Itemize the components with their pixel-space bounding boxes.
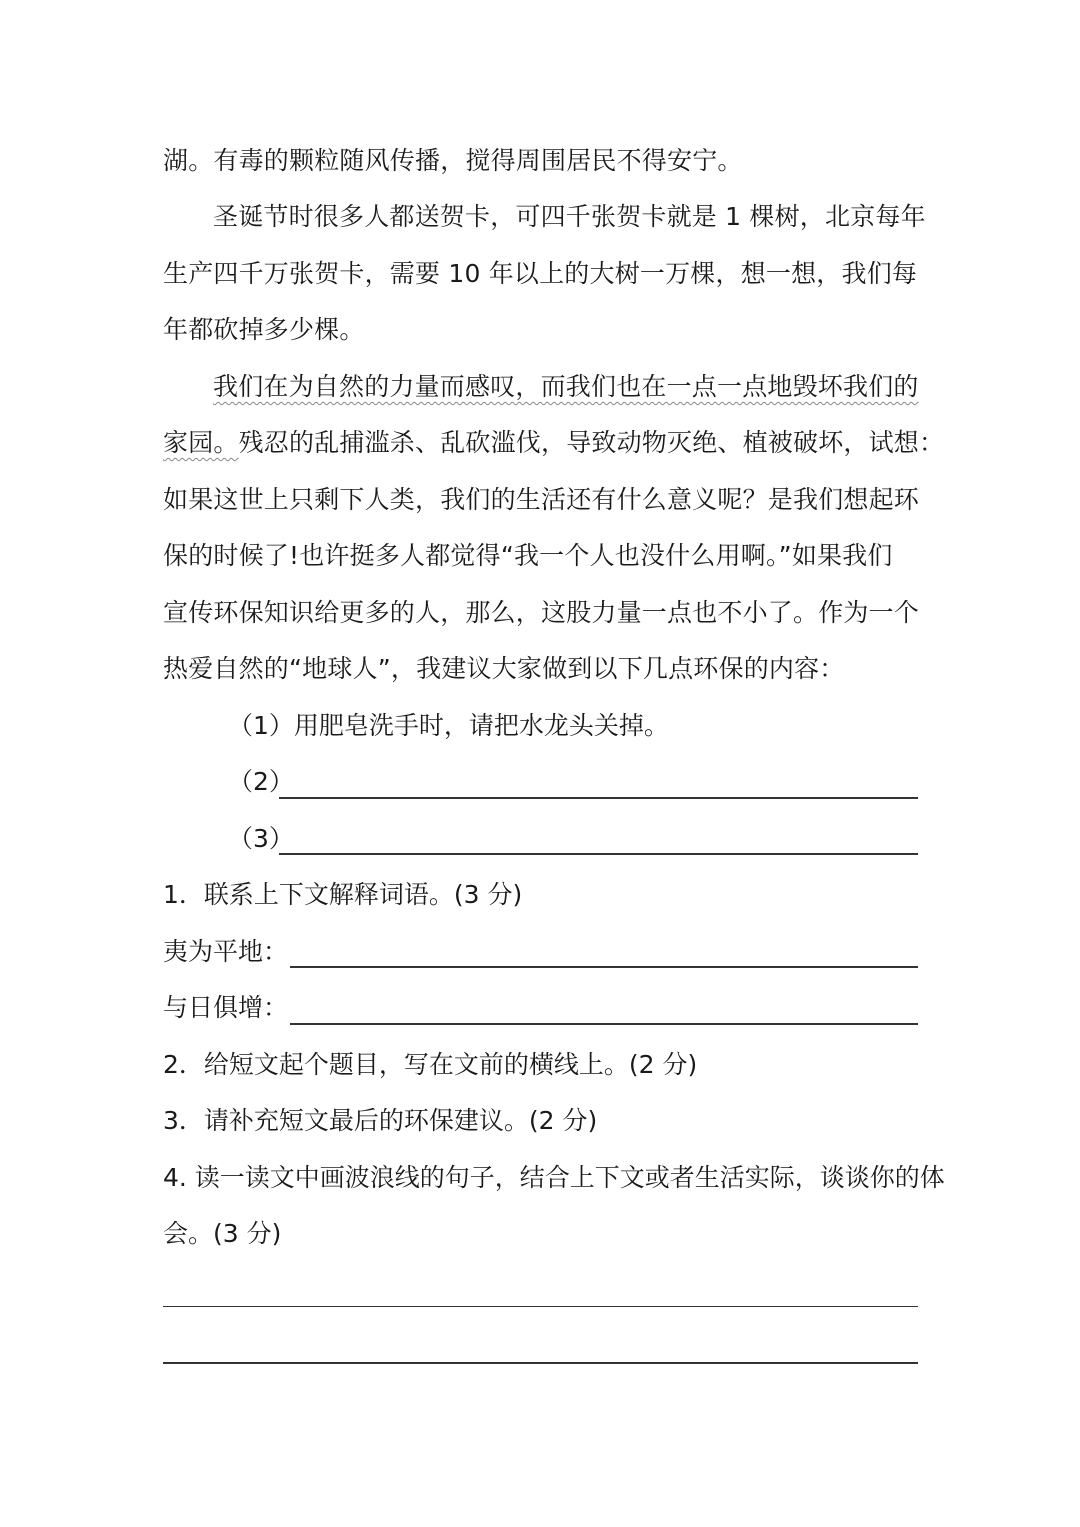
term-label: 与日俱增：: [163, 991, 288, 1025]
passage-text: 残忍的乱捕滥杀、乱砍滥伐，导致动物灭绝、植被破坏，试想：: [239, 428, 945, 457]
passage-line: 生产四千万张贺卡，需要 10 年以上的大树一万棵，想一想，我们每: [163, 257, 918, 291]
suggestion-text: 用肥皂洗手时，请把水龙头关掉。: [294, 711, 669, 740]
passage-line: 宣传环保知识给更多的人，那么，这股力量一点也不小了。作为一个: [163, 596, 918, 630]
term-2-blank[interactable]: [290, 1023, 918, 1025]
passage-line: 圣诞节时很多人都送贺卡，可四千张贺卡就是 1 棵树，北京每年: [213, 200, 918, 234]
passage-line: 如果这世上只剩下人类，我们的生活还有什么意义呢？是我们想起环: [163, 483, 918, 517]
passage-line: 热爱自然的“地球人”，我建议大家做到以下几点环保的内容：: [163, 652, 918, 686]
question-4-line2: 会。(3 分): [163, 1217, 281, 1251]
suggestion-3-number: （3）: [228, 822, 294, 856]
wavy-underlined-sentence: 我们在为自然的力量而感叹，而我们也在一点一点地毁坏我们的: [213, 370, 918, 404]
question-4-line1: 4. 读一读文中画波浪线的句子，结合上下文或者生活实际，谈谈你的体: [163, 1161, 945, 1195]
answer-blank-1[interactable]: [163, 1306, 918, 1307]
passage-line: 家园。残忍的乱捕滥杀、乱砍滥伐，导致动物灭绝、植被破坏，试想：: [163, 426, 918, 460]
passage-line: 湖。有毒的颗粒随风传播，搅得周围居民不得安宁。: [163, 144, 918, 178]
passage-line: 保的时候了!也许挺多人都觉得“我一个人也没什么用啊。”如果我们: [163, 539, 918, 573]
suggestion-number: （1）: [228, 711, 294, 740]
suggestion-2-blank[interactable]: [279, 797, 918, 799]
passage-line: 年都砍掉多少棵。: [163, 313, 918, 347]
term-1-blank[interactable]: [290, 966, 918, 968]
suggestion-1: （1）用肥皂洗手时，请把水龙头关掉。: [228, 709, 669, 743]
answer-blank-2[interactable]: [163, 1362, 918, 1364]
suggestion-3-blank[interactable]: [279, 853, 918, 855]
suggestion-2-number: （2）: [228, 765, 294, 799]
question-3: 3．请补充短文最后的环保建议。(2 分): [163, 1104, 597, 1138]
question-2: 2．给短文起个题目，写在文前的横线上。(2 分): [163, 1048, 697, 1082]
term-label: 夷为平地：: [163, 935, 288, 969]
wavy-text: 我们在为自然的力量而感叹，而我们也在一点一点地毁坏我们的: [213, 372, 919, 401]
question-1: 1．联系上下文解释词语。(3 分): [163, 878, 522, 912]
wavy-text: 家园。: [163, 428, 239, 457]
